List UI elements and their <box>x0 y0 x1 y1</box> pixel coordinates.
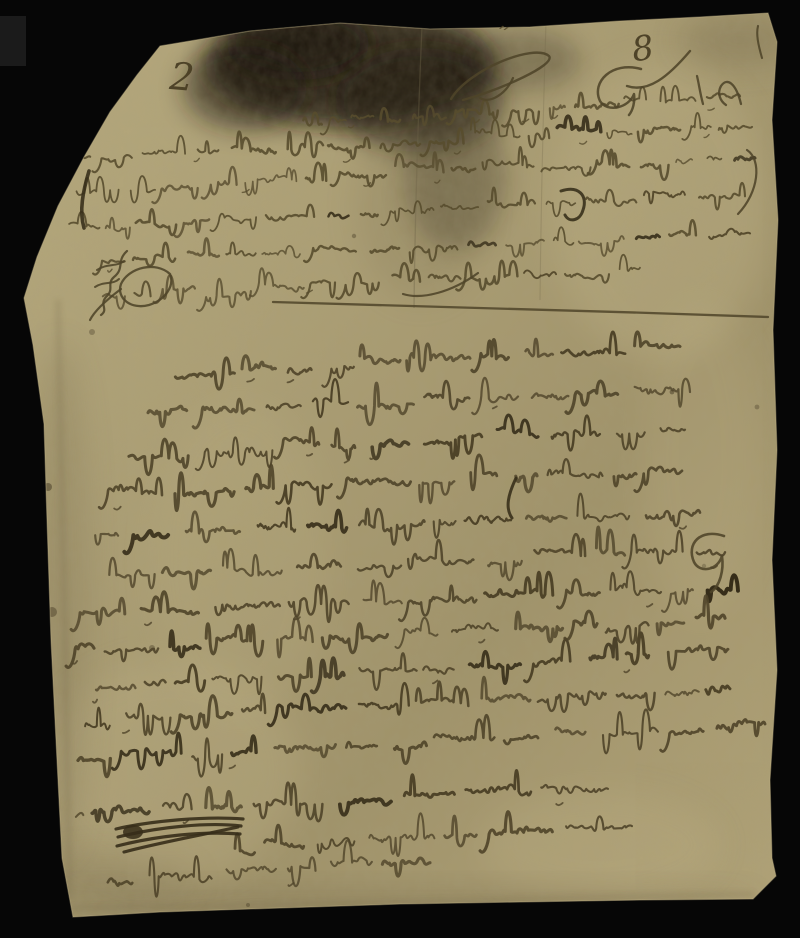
ink-speck <box>352 234 356 238</box>
paper-surface <box>0 0 800 938</box>
ink-blot <box>123 825 143 839</box>
manuscript-photo: 2 8 ״ <box>0 0 800 938</box>
manuscript-scan-svg <box>0 0 800 938</box>
ink-speck <box>702 564 706 568</box>
page-numeral-2: 2 <box>168 57 195 97</box>
ink-speck <box>755 405 760 410</box>
paper-grain-texture <box>0 0 800 938</box>
page-numeral-8: 8 <box>630 31 656 68</box>
scan-corner-artifact <box>0 16 26 66</box>
ink-speck <box>246 903 250 907</box>
ink-speck <box>89 329 95 335</box>
